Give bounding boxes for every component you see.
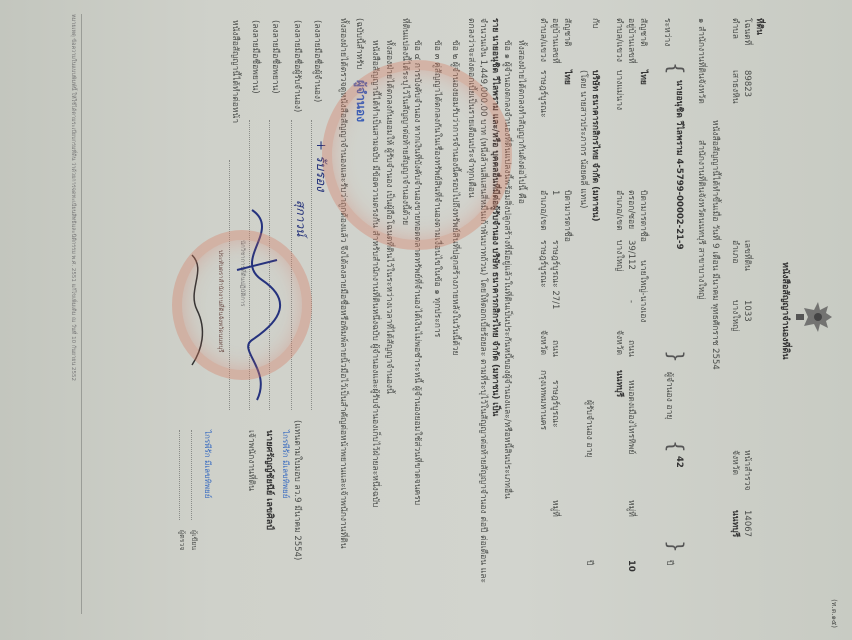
subdistrict-label: ตำบล/แขวง [613,18,624,62]
footer-note: หมายเหตุ ข้อความในแบบพิมพ์นี้ ให้ใช้ได้ต… [69,14,76,381]
clause-1: ข้อ ๑ ผู้จำนองตกลงจำนองที่ดินแปลงนี้พร้อ… [501,40,512,499]
mortgagor-province: นนทบุรี [613,370,624,397]
footer-divider [81,14,82,614]
sig-label-mortgagor: (ลงลายมือชื่อผู้จำนอง) [311,20,322,102]
mortgagee-signature: สุกาวน์ [293,200,308,236]
province: นนทบุรี [729,510,740,537]
checker-label: ผู้ตรวจ [177,530,186,550]
parcel: 1033 [741,300,752,322]
office-seal-stamp [172,230,312,380]
seal-text: ประทับตราสำนักงานที่ดินจังหวัดนนทบุรี [217,250,225,352]
mortgagee-district: ราษฎร์บูรณะ [537,240,548,288]
alley-label: ตรอก/ซอย [625,190,636,229]
office-label: ๑ สำนักงานที่ดินจังหวัด [695,18,706,104]
mortgage-contract-sheet: (ท.ด.๑๕) หนังสือสัญญาจำนองที่ดิน ที่ดิน … [0,0,852,640]
mortgagee-authorization-note: (แทนตามใบมอบ ลว.9 มีนาคม 2554) [291,420,302,560]
subdistrict-label: ตำบล [729,18,740,39]
page-label: หน้าสำรวจ [741,450,752,490]
district: บางใหญ่ [729,300,740,331]
deed-no-label: โฉนดที่ [741,18,752,45]
moo-label: หมู่ที่ [625,500,636,517]
brace-icon: { [663,440,688,453]
brace-icon: } [663,540,688,553]
form-code: (ท.ด.๑๕) [829,599,838,628]
mortgagee-age-label: ผู้รับจำนอง อายุ [583,400,594,457]
mortgagee-nationality: ไทย [561,70,572,85]
mortgagee-address-no: 1 [549,190,560,195]
road-label: ถนน [549,340,560,357]
road-label: ถนน [625,340,636,357]
age-unit: ปี [583,560,594,565]
mortgagor-age: 42 [673,456,684,468]
mortgagor-moo: 10 [625,560,636,572]
parents-label: บิดามารดาชื่อ [637,190,648,242]
garuda-emblem-icon [794,300,834,334]
land-office: สำนักงานที่ดินจังหวัดนนทบุรี สาขาบางใหญ่ [695,140,706,299]
mortgagor-address-no: 39/112 [625,240,636,270]
parents-label: บิดามารดาชื่อ [561,190,572,242]
photographed-document: (ท.ด.๑๕) หนังสือสัญญาจำนองที่ดิน ที่ดิน … [0,0,852,640]
witness-name-stamp: นายศรัญญ์ชัยนีย์ เลขศิลป์ [263,430,274,530]
sig-line [191,430,192,520]
clause-intro: ทั้งสองฝ่ายได้ตกลงทำสัญญากันดังต่อไปนี้ … [515,40,526,204]
between-label: ระหว่าง [661,18,672,46]
deed-no: 89823 [741,70,752,97]
district-label: อำเภอ [729,240,740,264]
office-seal-stamp [322,60,512,250]
contract-date-line: หนังสือสัญญานี้ได้ทำขึ้นเมื่อ วันที่ 9 เ… [709,120,720,370]
officer-title: เจ้าพนักงานที่ดิน [245,430,256,491]
officer-name-stamp: ไกรพีรัก มีเลขทิพยย์ [202,430,212,498]
district-label: อำเภอ/เขต [613,190,624,231]
brace-icon: } [663,350,688,363]
nationality-label: สัญชาติ [637,18,648,47]
subdistrict-label: ตำบล/แขวง [537,18,548,62]
mortgagor-parents: นายใหญ่-นางเอง [637,260,648,323]
sig-label-witness-2: (ลงลายมือชื่อพยาน) [249,20,260,94]
mortgagor-district: บางใหญ่ [613,240,624,271]
province-label: จังหวัด [613,330,624,355]
sig-label-mortgagee: (ลงลายมือชื่อผู้รับจำนอง) [291,20,302,112]
address-label: อยู่บ้านเลขที่ [549,18,560,64]
mortgagor-alley: - [625,300,636,303]
mortgagee-subdistrict: ราษฎร์บูรณะ [537,70,548,118]
mortgagee-province: กรุงเทพมหานคร [537,370,548,430]
clause-1-cont: ราย นายอนุชิต วีไลพราม และ/หรือ บุคคลอื่… [489,18,500,416]
land-label: ที่ดิน [753,18,764,35]
document-title: หนังสือสัญญาจำนองที่ดิน [779,262,790,359]
mortgagee-name-stamp: ไกรพีรัก มีเลขทิพยย์ [280,430,290,498]
age-unit: ปี [663,560,674,565]
mortgagee-representative: (โดย นายสาวประภากร น้อยคลี่ แทน) [577,70,588,208]
sig-line [179,430,180,520]
sig-label-witness-1: (ลงลายมือชื่อพยาน) [269,20,280,94]
mortgagee-road: ราษฎร์บูรณะ [549,380,560,428]
mortgagor-nationality: ไทย [637,70,648,85]
address-label: อยู่บ้านเลขที่ [625,18,636,64]
mortgagor-name: นายอนุชิต วีไลพราม 4-5799-00002-21-9 [673,80,684,250]
sig-label-officer: หนังสือสัญญานี้ได้ทำต่อหน้า [229,20,240,123]
page-no: 14067 [741,510,752,537]
province-label: จังหวัด [729,450,740,475]
subdistrict: เสาธงหิน [729,70,740,104]
brace-icon: { [663,62,688,75]
with-label: กับ [589,18,600,29]
mortgagee-name: บริษัท ธนาคารกสิกรไทย จำกัด (มหาชน) [589,70,600,222]
copy-for-label: (ฉบับนี้สำหรับ [353,18,364,69]
writer-label: ผู้เขียน [189,530,198,550]
mortgagor-road: หมอดงเมืองไทรทิพย์ [625,380,636,454]
mortgagor-subdistrict: บางแม่นาง [613,70,624,110]
moo-label: หมู่ที่ [549,500,560,517]
mortgagee-alley: ราษฎร์บูรณะ 27/1 [549,240,560,309]
nationality-label: สัญชาติ [561,18,572,47]
province-label: จังหวัด [537,330,548,355]
mortgagor-age-label: ผู้จำนอง อายุ [663,372,674,419]
parcel-label: เลขที่ดิน [741,240,752,271]
district-label: อำเภอ/เขต [537,190,548,231]
